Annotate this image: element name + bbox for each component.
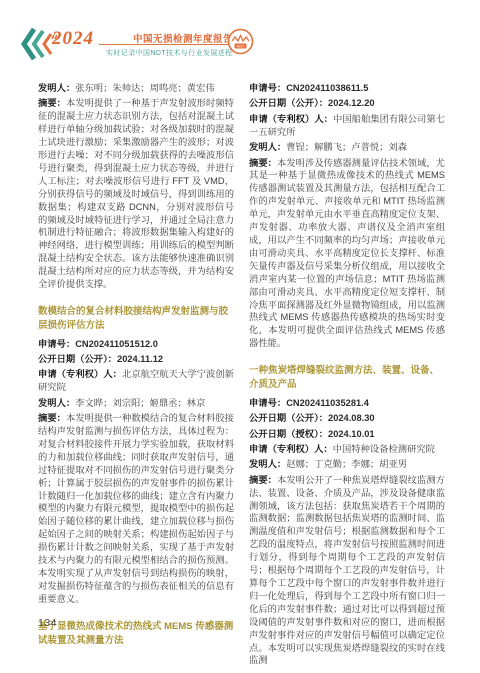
field-publication-date: 公开日期（公开）：2024.11.12 [38,353,234,366]
page-number: 134 [38,617,57,629]
field-inventors: 发明人：赵娜；丁克勤；李娜；胡亚男 [249,458,445,471]
patent-title: 一种焦炭塔焊缝裂纹监测方法、装置、设备、介质及产品 [249,364,445,392]
report-title: 中国无损检测年度报告 [133,31,233,45]
patent-abstract: 摘要：本发明提供了一种基于声发射波形时频特征的混凝土应力状态识别方法，包括对混凝… [38,97,234,291]
patent-abstract: 摘要：本发明公开了一种焦炭塔焊缝裂纹监测方法、装置、设备、介质及产品，涉及设备健… [249,474,445,668]
field-applicant: 申请（专利权）人：中国船舶集团有限公司第七一五研究所 [249,113,445,139]
field-inventors: 发明人：曹锃；解鹏飞；卢普悦；刘森 [249,141,445,154]
patent-title: 基于显微热成像技术的热线式 MEMS 传感器测试装置及其测量方法 [38,620,234,648]
svg-text:NDT: NDT [237,45,245,49]
patent-title: 数模结合的复合材料胶接结构声发射监测与胶层损伤评估方法 [38,305,234,333]
patent-abstract: 摘要：本发明涉及传感器测量评估技术领域，尤其是一种基于显微热成像技术的热线式 M… [249,157,445,351]
field-application-number: 申请号：CN202411051512.0 [38,338,234,351]
field-application-number: 申请号：CN202411038611.5 [249,82,445,95]
ndt-badge-icon: NDT [227,28,254,60]
field-applicant: 申请（专利权）人：中国特种设备检测研究院 [249,443,445,456]
field-application-number: 申请号：CN202411035281.4 [249,397,445,410]
content-columns: 发明人：张东明；朱帅达；周鸣亮；黄宏伟 摘要：本发明提供了一种基于声发射波形时频… [38,82,446,670]
field-applicant: 申请（专利权）人：北京航空航天大学宁波创新研究院 [38,368,234,394]
right-column: 申请号：CN202411038611.5 公开日期（公开）：2024.12.20… [249,82,445,670]
report-page: 2024 中国无损检测年度报告 实时记录中国NDT技术与行业发展进程 NDT 发… [0,0,480,673]
report-year: 2024 [52,28,94,50]
patent-abstract: 摘要：本发明提供一种数模结合的复合材料胶接结构声发射监测与损伤评估方法，具体过程… [38,412,234,606]
report-header: 2024 中国无损检测年度报告 实时记录中国NDT技术与行业发展进程 NDT [0,0,480,66]
left-column: 发明人：张东明；朱帅达；周鸣亮；黄宏伟 摘要：本发明提供了一种基于声发射波形时频… [38,82,234,670]
field-inventors: 发明人：李文晔；刘宗阳；姬鼎丞；林京 [38,397,234,410]
field-inventors: 发明人：张东明；朱帅达；周鸣亮；黄宏伟 [38,82,234,95]
field-publication-date: 公开日期（公开）：2024.12.20 [249,97,445,110]
report-subtitle: 实时记录中国NDT技术与行业发展进程 [106,48,233,58]
field-publication-date: 公开日期（公开）：2024.08.30 [249,412,445,425]
field-grant-date: 公开日期（授权）：2024.10.01 [249,428,445,441]
